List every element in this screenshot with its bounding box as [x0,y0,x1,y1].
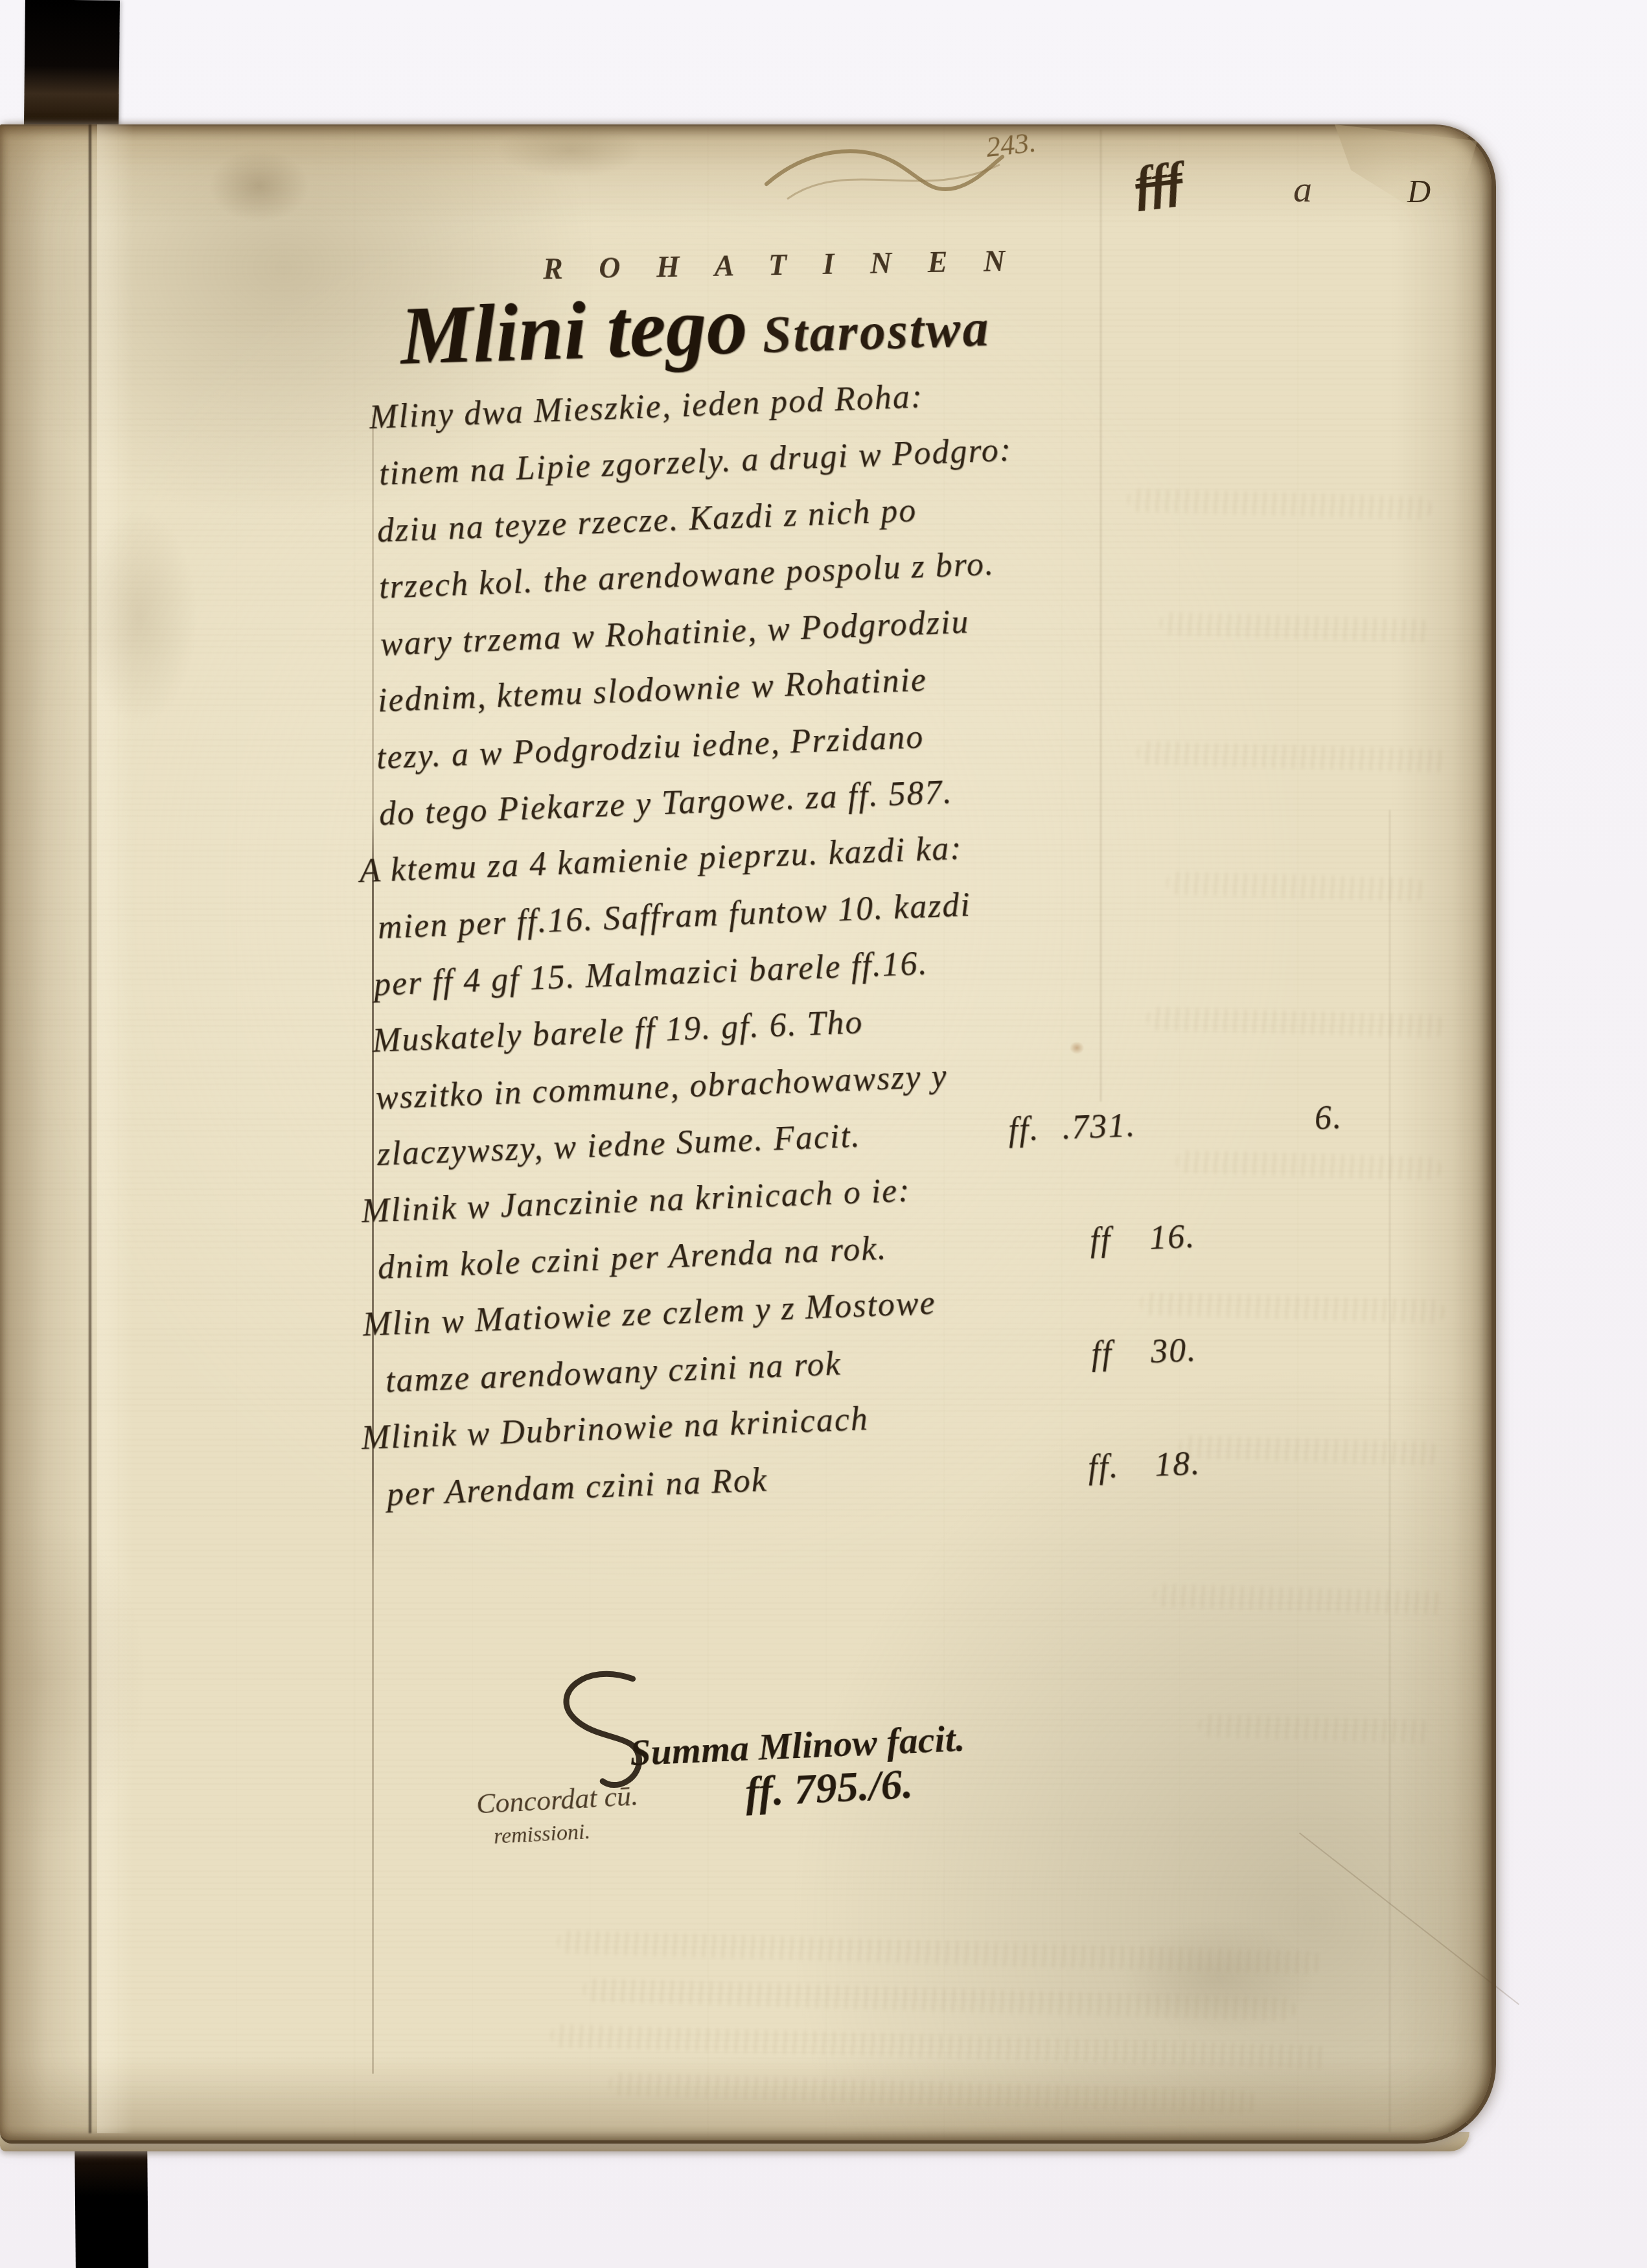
amount-currency: ff. [1008,1110,1040,1150]
gutter-highlight [97,124,133,2133]
page-title-secondary: Starostwa [746,299,991,364]
amount-currency: ff. [1087,1448,1120,1487]
book-strap-top [24,0,120,128]
page-title: Mlini tego Starostwa [399,272,991,384]
book-strap-bottom [75,2136,148,2268]
page-number-flourish [761,137,1008,209]
page-number: 243. [985,126,1038,164]
amount-value: 16. [1149,1218,1196,1258]
amount-value: .731. [1061,1106,1136,1147]
vertical-crease-right [1389,810,1390,2132]
amount-value: 30. [1150,1331,1197,1371]
amount-currency: ff [1089,1221,1112,1260]
page-title-main: Mlini tego [399,281,749,382]
margin-rule-line [372,415,374,2074]
amount-currency: ff [1090,1334,1113,1373]
amount-value: 18. [1154,1444,1201,1485]
gutter-crease [89,124,91,2133]
manuscript-scan: { "annotations": { "page_number": "243."… [0,0,1647,2268]
remissioni-note: remissioni. [493,1820,591,1849]
paraph-mark: fff [1132,152,1186,213]
vertical-crease [1100,130,1101,1102]
corner-letter-d: D [1407,172,1431,210]
amount-value-2: 6. [1314,1098,1343,1138]
summary-total-amount: ff. 795./6. [744,1759,914,1817]
corner-letter-a: a [1293,167,1312,211]
